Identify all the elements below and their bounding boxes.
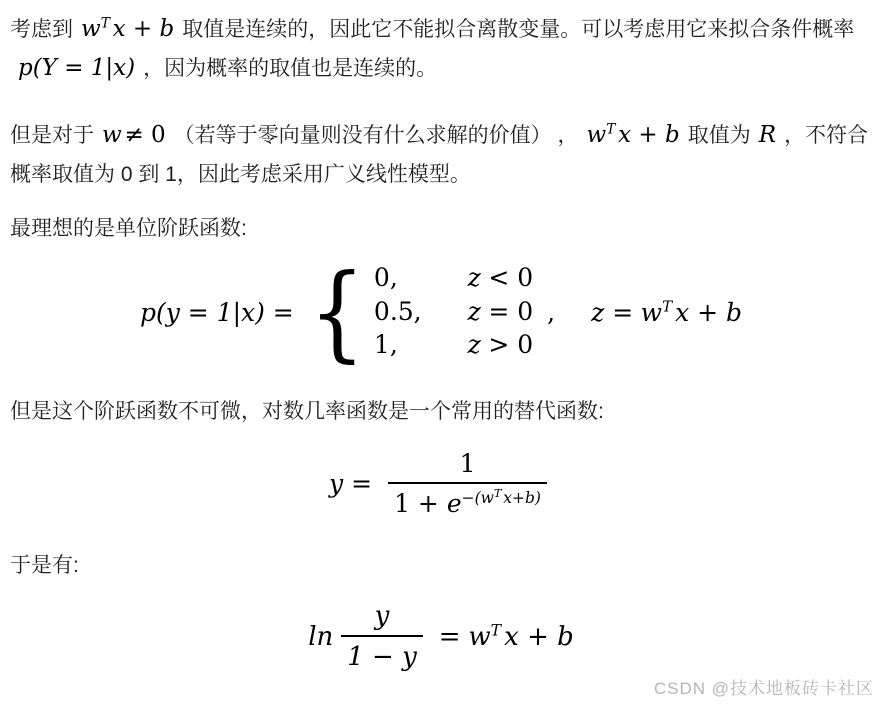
p2-text-2: （若等于零向量则没有什么求解的价值） ， — [174, 124, 579, 147]
p2-text-1: 但是对于 — [10, 124, 94, 147]
case-value: 0.5, — [374, 298, 422, 327]
paragraph-2: 但是对于w≠ 0（若等于零向量则没有什么求解的价值） ，wTx + b取值为R，… — [10, 116, 872, 194]
math-lhs-p: p(y = 1|x) = — [140, 298, 294, 327]
case-condition: z> 0 — [468, 331, 533, 360]
case-condition: z= 0 — [468, 298, 533, 327]
math-lhs-y: y = — [329, 469, 372, 498]
math-rhs-z: z =wTx + b — [591, 298, 742, 327]
math-exponent: −(wTx+b) — [462, 489, 541, 507]
math-eq: = — [439, 622, 461, 652]
math-rhs-wtxb: =wTx + b — [439, 622, 574, 652]
math-rest: x + b — [675, 298, 742, 327]
math-den-pre: 1 + — [394, 489, 447, 518]
formula-logit: ln y 1 − y =wTx + b — [10, 601, 872, 672]
paragraph-5: 于是有: — [10, 546, 872, 585]
inline-math-w-neq-0: w≠ 0 — [102, 122, 166, 148]
paragraph-4: 但是这个阶跃函数不可微，对数几率函数是一个常用的替代函数: — [10, 392, 872, 431]
case-condition: z< 0 — [468, 264, 533, 293]
math-var: z — [468, 330, 481, 359]
inline-math-prob: p(Y = 1|x) — [18, 55, 135, 81]
math-eq: z = — [591, 298, 633, 327]
fraction-denominator: 1 + e−(wTx+b) — [388, 482, 547, 518]
math-sup: T — [491, 621, 501, 639]
article-content: 考虑到wTx + b取值是连续的，因此它不能拟合离散变量。可以考虑用它来拟合条件… — [0, 0, 884, 672]
fraction-numerator: 1 — [456, 449, 480, 482]
math-e: e — [447, 489, 462, 518]
math-rest: x + b — [618, 122, 680, 148]
paragraph-3: 最理想的是单位阶跃函数: — [10, 209, 872, 248]
math-sup: T — [662, 297, 672, 315]
p2-text-3: 取值为 — [688, 124, 751, 147]
p1-text-3: ，因为概率的取值也是连续的。 — [143, 57, 437, 80]
math-var: w — [468, 622, 490, 652]
math-rel: < 0 — [488, 263, 533, 292]
case-value: 0, — [374, 264, 422, 293]
math-var: z — [468, 263, 481, 292]
inline-math-wtxb-1: wTx + b — [81, 16, 174, 42]
p1-text-2: 取值是连续的，因此它不能拟合离散变量。可以考虑用它来拟合条件概率 — [182, 18, 854, 41]
math-rel: = 0 — [488, 297, 533, 326]
formula-sigmoid: y = 1 1 + e−(wTx+b) — [10, 449, 872, 518]
fraction: 1 1 + e−(wTx+b) — [388, 449, 547, 518]
case-value: 1, — [374, 331, 422, 360]
math-rel: ≠ 0 — [124, 122, 165, 148]
math-var: w — [587, 122, 607, 148]
math-sup: T — [606, 121, 615, 137]
inline-math-R: R — [759, 122, 776, 148]
math-exp-open: −(w — [462, 489, 494, 507]
math-sup: T — [494, 487, 501, 500]
fraction-denominator: 1 − y — [341, 635, 423, 672]
paragraph-1: 考虑到wTx + b取值是连续的，因此它不能拟合离散变量。可以考虑用它来拟合条件… — [10, 10, 872, 88]
math-comma: , — [547, 298, 555, 327]
math-var: w — [102, 122, 122, 148]
p1-text-1: 考虑到 — [10, 18, 73, 41]
formula-unit-step: p(y = 1|x) = { 0, z< 0 0.5, z= 0 1, z> 0… — [10, 260, 872, 364]
left-brace: { — [309, 260, 365, 364]
math-rest: x + b — [504, 622, 574, 652]
math-var: z — [468, 297, 481, 326]
math-var: w — [81, 16, 101, 42]
cases-grid: 0, z< 0 0.5, z= 0 1, z> 0 — [374, 264, 533, 360]
fraction-numerator: y — [371, 601, 394, 635]
math-exp-close: x+b) — [503, 489, 541, 507]
math-var: w — [641, 298, 662, 327]
math-rel: > 0 — [488, 330, 533, 359]
math-ln: ln — [308, 622, 333, 652]
inline-math-wtxb-2: wTx + b — [587, 122, 680, 148]
csdn-watermark: CSDN @技术地板砖卡社区 — [654, 674, 874, 699]
math-rest: x + b — [113, 16, 175, 42]
fraction: y 1 − y — [341, 601, 423, 672]
math-sup: T — [101, 15, 110, 31]
